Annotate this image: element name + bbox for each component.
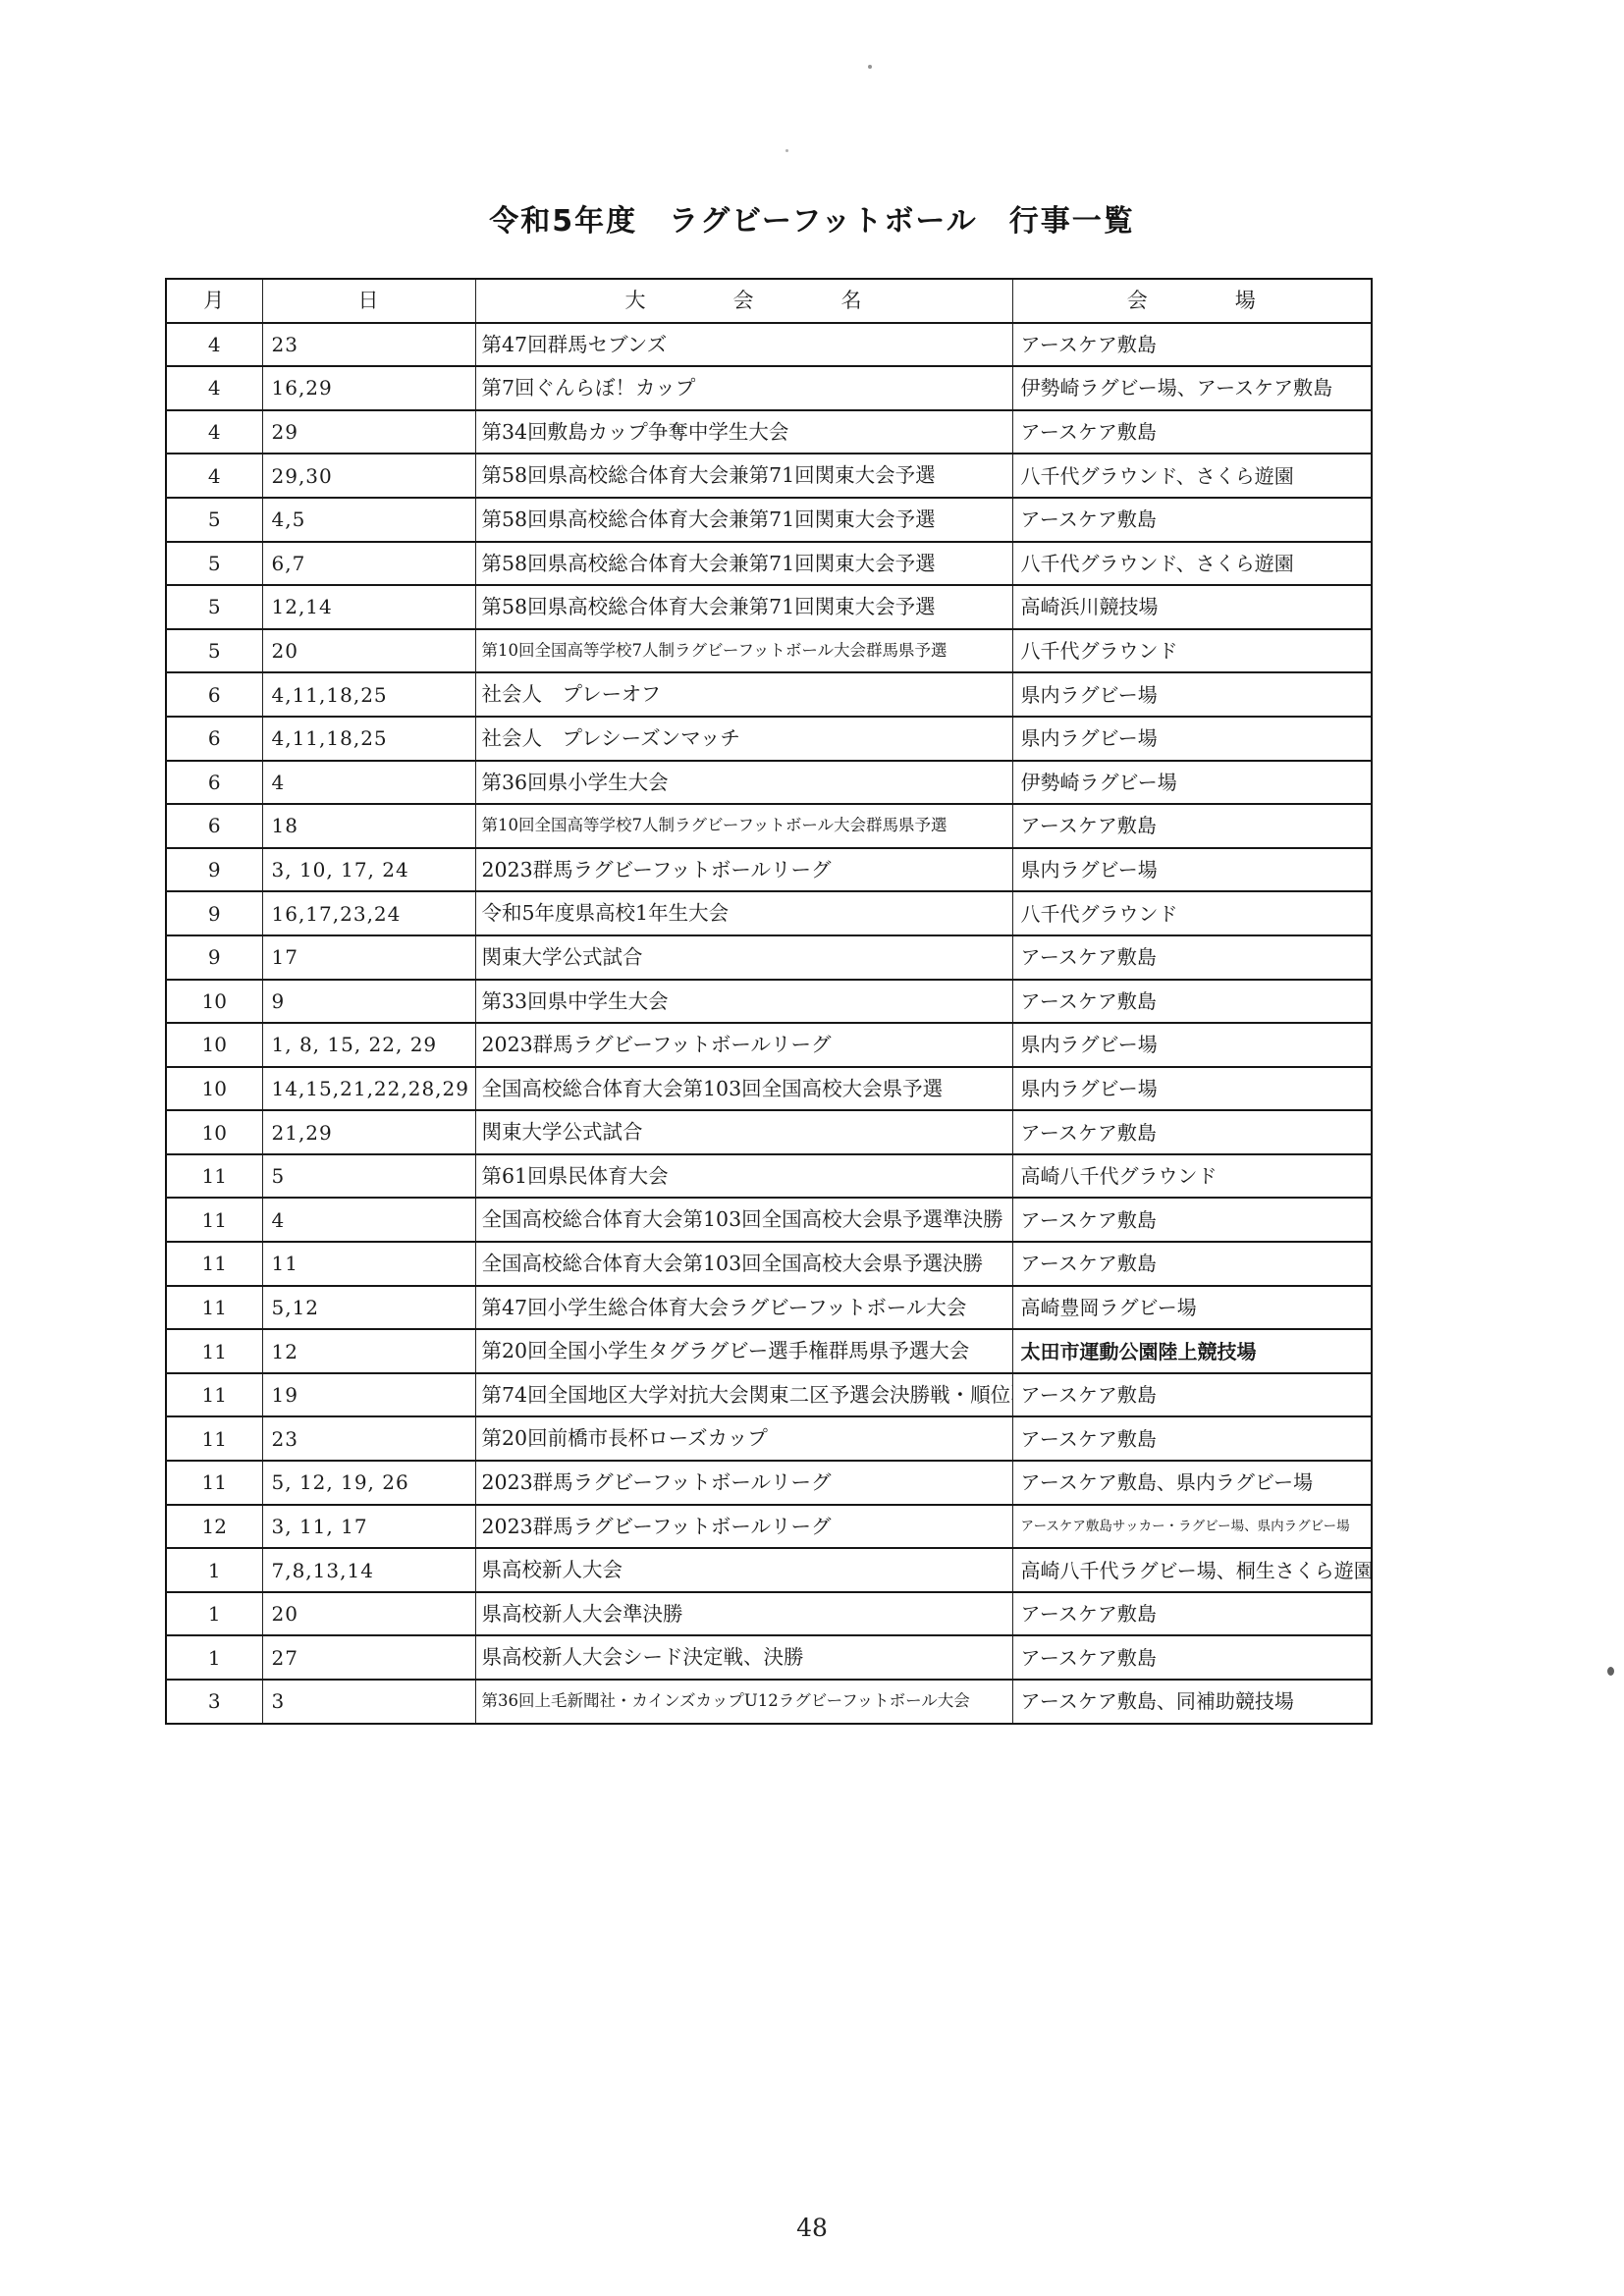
month-cell: 6 [166,761,262,805]
table-row: 10 14,15,21,22,28,29 全国高校総合体育大会第103回全国高校… [166,1067,1372,1111]
month-cell: 9 [166,935,262,980]
venue-cell: アースケア敷島サッカー・ラグビー場、県内ラグビー場 [1012,1505,1372,1549]
venue-cell: 八千代グラウンド [1012,891,1372,935]
table-row: 1 20 県高校新人大会準決勝 アースケア敷島 [166,1592,1372,1636]
tournament-cell: 第34回敷島カップ争奪中学生大会 [475,410,1012,454]
day-cell: 1, 8, 15, 22, 29 [262,1023,475,1067]
venue-cell: アースケア敷島、県内ラグビー場 [1012,1461,1372,1505]
tournament-cell: 社会人 プレーオフ [475,672,1012,717]
tournament-cell: 令和5年度県高校1年生大会 [475,891,1012,935]
venue-cell: 高崎豊岡ラグビー場 [1012,1286,1372,1330]
table-row: 5 4,5 第58回県高校総合体育大会兼第71回関東大会予選 アースケア敷島 [166,498,1372,542]
month-cell: 11 [166,1198,262,1242]
table-row: 10 21,29 関東大学公式試合 アースケア敷島 [166,1110,1372,1154]
day-cell: 4,11,18,25 [262,717,475,761]
tournament-cell: 社会人 プレシーズンマッチ [475,717,1012,761]
table-row: 6 4 第36回県小学生大会 伊勢崎ラグビー場 [166,761,1372,805]
day-cell: 5, 12, 19, 26 [262,1461,475,1505]
day-cell: 18 [262,804,475,848]
table-row: 1 27 県高校新人大会シード決定戦、決勝 アースケア敷島 [166,1635,1372,1680]
day-cell: 14,15,21,22,28,29 [262,1067,475,1111]
tournament-cell: 第58回県高校総合体育大会兼第71回関東大会予選 [475,542,1012,586]
month-cell: 10 [166,1110,262,1154]
venue-cell: 高崎八千代ラグビー場、桐生さくら遊園 [1012,1548,1372,1592]
venue-cell: 県内ラグビー場 [1012,1023,1372,1067]
month-cell: 6 [166,717,262,761]
page-title: 令和5年度 ラグビーフットボール 行事一覧 [0,196,1624,240]
month-cell: 10 [166,980,262,1024]
table-row: 11 12 第20回全国小学生タグラグビー選手権群馬県予選大会 太田市運動公園陸… [166,1329,1372,1373]
month-cell: 11 [166,1286,262,1330]
venue-cell: アースケア敷島 [1012,1198,1372,1242]
venue-cell: 県内ラグビー場 [1012,1067,1372,1111]
table-row: 1 7,8,13,14 県高校新人大会 高崎八千代ラグビー場、桐生さくら遊園 [166,1548,1372,1592]
table-row: 5 12,14 第58回県高校総合体育大会兼第71回関東大会予選 高崎浜川競技場 [166,585,1372,629]
month-cell: 4 [166,323,262,367]
tournament-cell: 第58回県高校総合体育大会兼第71回関東大会予選 [475,498,1012,542]
table-row: 4 16,29 第7回ぐんらぼ！カップ 伊勢崎ラグビー場、アースケア敷島 [166,366,1372,410]
table-row: 4 29,30 第58回県高校総合体育大会兼第71回関東大会予選 八千代グラウン… [166,454,1372,498]
tournament-cell: 関東大学公式試合 [475,935,1012,980]
month-cell: 12 [166,1505,262,1549]
day-cell: 7,8,13,14 [262,1548,475,1592]
day-cell: 20 [262,1592,475,1636]
month-cell: 11 [166,1154,262,1199]
venue-cell: 県内ラグビー場 [1012,717,1372,761]
scan-speck [868,65,872,69]
month-cell: 11 [166,1461,262,1505]
table-row: 6 18 第10回全国高等学校7人制ラグビーフットボール大会群馬県予選 アースケ… [166,804,1372,848]
month-cell: 1 [166,1548,262,1592]
day-cell: 23 [262,1416,475,1461]
month-cell: 1 [166,1592,262,1636]
tournament-cell: 第20回全国小学生タグラグビー選手権群馬県予選大会 [475,1329,1012,1373]
table-row: 11 19 第74回全国地区大学対抗大会関東二区予選会決勝戦・順位戦 アースケア… [166,1373,1372,1417]
scan-speck [1607,1667,1614,1676]
table-row: 10 1, 8, 15, 22, 29 2023群馬ラグビーフットボールリーグ … [166,1023,1372,1067]
venue-cell: アースケア敷島 [1012,980,1372,1024]
tournament-cell: 第58回県高校総合体育大会兼第71回関東大会予選 [475,454,1012,498]
day-cell: 16,17,23,24 [262,891,475,935]
day-cell: 29,30 [262,454,475,498]
venue-cell: 高崎八千代グラウンド [1012,1154,1372,1199]
header-month: 月 [166,279,262,323]
tournament-cell: 第58回県高校総合体育大会兼第71回関東大会予選 [475,585,1012,629]
venue-cell: アースケア敷島 [1012,1416,1372,1461]
table-row: 4 23 第47回群馬セブンズ アースケア敷島 [166,323,1372,367]
venue-cell: アースケア敷島 [1012,1110,1372,1154]
day-cell: 12,14 [262,585,475,629]
month-cell: 10 [166,1023,262,1067]
day-cell: 5 [262,1154,475,1199]
tournament-cell: 第10回全国高等学校7人制ラグビーフットボール大会群馬県予選 [475,629,1012,673]
venue-cell: 八千代グラウンド、さくら遊園 [1012,542,1372,586]
month-cell: 11 [166,1373,262,1417]
day-cell: 3, 11, 17 [262,1505,475,1549]
tournament-cell: 県高校新人大会 [475,1548,1012,1592]
day-cell: 23 [262,323,475,367]
month-cell: 5 [166,629,262,673]
day-cell: 11 [262,1242,475,1286]
table-row: 11 5 第61回県民体育大会 高崎八千代グラウンド [166,1154,1372,1199]
table-row: 3 3 第36回上毛新聞社・カインズカップU12ラグビーフットボール大会 アース… [166,1680,1372,1724]
tournament-cell: 第20回前橋市長杯ローズカップ [475,1416,1012,1461]
tournament-cell: 2023群馬ラグビーフットボールリーグ [475,848,1012,892]
day-cell: 4 [262,761,475,805]
venue-cell: アースケア敷島 [1012,935,1372,980]
day-cell: 20 [262,629,475,673]
month-cell: 9 [166,891,262,935]
venue-cell: アースケア敷島 [1012,323,1372,367]
scan-speck [785,149,788,152]
day-cell: 17 [262,935,475,980]
venue-cell: 県内ラグビー場 [1012,848,1372,892]
day-cell: 12 [262,1329,475,1373]
venue-cell: アースケア敷島 [1012,410,1372,454]
header-venue: 会 場 [1012,279,1372,323]
venue-cell: アースケア敷島 [1012,1242,1372,1286]
table-row: 6 4,11,18,25 社会人 プレシーズンマッチ 県内ラグビー場 [166,717,1372,761]
venue-cell: 太田市運動公園陸上競技場 [1012,1329,1372,1373]
tournament-cell: 全国高校総合体育大会第103回全国高校大会県予選決勝 [475,1242,1012,1286]
venue-cell: 県内ラグビー場 [1012,672,1372,717]
tournament-cell: 第10回全国高等学校7人制ラグビーフットボール大会群馬県予選 [475,804,1012,848]
month-cell: 1 [166,1635,262,1680]
header-day: 日 [262,279,475,323]
table-row: 5 6,7 第58回県高校総合体育大会兼第71回関東大会予選 八千代グラウンド、… [166,542,1372,586]
month-cell: 4 [166,366,262,410]
day-cell: 5,12 [262,1286,475,1330]
event-schedule-table: 月 日 大 会 名 会 場 4 23 第47回群馬セブンズ アースケア敷島 4 … [165,278,1373,1725]
venue-cell: 伊勢崎ラグビー場 [1012,761,1372,805]
day-cell: 6,7 [262,542,475,586]
table-row: 5 20 第10回全国高等学校7人制ラグビーフットボール大会群馬県予選 八千代グ… [166,629,1372,673]
table-row: 11 5,12 第47回小学生総合体育大会ラグビーフットボール大会 高崎豊岡ラグ… [166,1286,1372,1330]
venue-cell: 八千代グラウンド [1012,629,1372,673]
tournament-cell: 第36回県小学生大会 [475,761,1012,805]
month-cell: 10 [166,1067,262,1111]
day-cell: 21,29 [262,1110,475,1154]
table-row: 11 11 全国高校総合体育大会第103回全国高校大会県予選決勝 アースケア敷島 [166,1242,1372,1286]
day-cell: 4,5 [262,498,475,542]
tournament-cell: 2023群馬ラグビーフットボールリーグ [475,1505,1012,1549]
table-row: 9 17 関東大学公式試合 アースケア敷島 [166,935,1372,980]
day-cell: 4,11,18,25 [262,672,475,717]
tournament-cell: 関東大学公式試合 [475,1110,1012,1154]
month-cell: 5 [166,585,262,629]
venue-cell: アースケア敷島、同補助競技場 [1012,1680,1372,1724]
month-cell: 6 [166,672,262,717]
month-cell: 11 [166,1329,262,1373]
tournament-cell: 第74回全国地区大学対抗大会関東二区予選会決勝戦・順位戦 [475,1373,1012,1417]
tournament-cell: 2023群馬ラグビーフットボールリーグ [475,1023,1012,1067]
table-row: 10 9 第33回県中学生大会 アースケア敷島 [166,980,1372,1024]
month-cell: 5 [166,542,262,586]
table-row: 12 3, 11, 17 2023群馬ラグビーフットボールリーグ アースケア敷島… [166,1505,1372,1549]
table-row: 9 3, 10, 17, 24 2023群馬ラグビーフットボールリーグ 県内ラグ… [166,848,1372,892]
month-cell: 6 [166,804,262,848]
month-cell: 4 [166,454,262,498]
day-cell: 19 [262,1373,475,1417]
month-cell: 4 [166,410,262,454]
tournament-cell: 第47回群馬セブンズ [475,323,1012,367]
tournament-cell: 第33回県中学生大会 [475,980,1012,1024]
scanned-page: 令和5年度 ラグビーフットボール 行事一覧 月 日 大 会 名 会 場 4 23… [0,0,1624,2296]
table-row: 11 23 第20回前橋市長杯ローズカップ アースケア敷島 [166,1416,1372,1461]
tournament-cell: 県高校新人大会準決勝 [475,1592,1012,1636]
day-cell: 16,29 [262,366,475,410]
month-cell: 9 [166,848,262,892]
venue-cell: アースケア敷島 [1012,804,1372,848]
venue-cell: 伊勢崎ラグビー場、アースケア敷島 [1012,366,1372,410]
day-cell: 9 [262,980,475,1024]
day-cell: 4 [262,1198,475,1242]
venue-cell: 八千代グラウンド、さくら遊園 [1012,454,1372,498]
table-row: 11 5, 12, 19, 26 2023群馬ラグビーフットボールリーグ アース… [166,1461,1372,1505]
table-row: 11 4 全国高校総合体育大会第103回全国高校大会県予選準決勝 アースケア敷島 [166,1198,1372,1242]
page-number: 48 [0,2214,1624,2242]
venue-cell: アースケア敷島 [1012,1592,1372,1636]
month-cell: 11 [166,1416,262,1461]
tournament-cell: 第61回県民体育大会 [475,1154,1012,1199]
day-cell: 27 [262,1635,475,1680]
day-cell: 3 [262,1680,475,1724]
day-cell: 29 [262,410,475,454]
tournament-cell: 第36回上毛新聞社・カインズカップU12ラグビーフットボール大会 [475,1680,1012,1724]
venue-cell: アースケア敷島 [1012,1635,1372,1680]
venue-cell: 高崎浜川競技場 [1012,585,1372,629]
tournament-cell: 第7回ぐんらぼ！カップ [475,366,1012,410]
header-tournament: 大 会 名 [475,279,1012,323]
table-body: 4 23 第47回群馬セブンズ アースケア敷島 4 16,29 第7回ぐんらぼ！… [166,323,1372,1724]
tournament-cell: 全国高校総合体育大会第103回全国高校大会県予選 [475,1067,1012,1111]
tournament-cell: 2023群馬ラグビーフットボールリーグ [475,1461,1012,1505]
table-row: 9 16,17,23,24 令和5年度県高校1年生大会 八千代グラウンド [166,891,1372,935]
tournament-cell: 第47回小学生総合体育大会ラグビーフットボール大会 [475,1286,1012,1330]
venue-cell: アースケア敷島 [1012,1373,1372,1417]
month-cell: 3 [166,1680,262,1724]
table-row: 4 29 第34回敷島カップ争奪中学生大会 アースケア敷島 [166,410,1372,454]
table-row: 6 4,11,18,25 社会人 プレーオフ 県内ラグビー場 [166,672,1372,717]
month-cell: 5 [166,498,262,542]
venue-cell: アースケア敷島 [1012,498,1372,542]
table-header-row: 月 日 大 会 名 会 場 [166,279,1372,323]
day-cell: 3, 10, 17, 24 [262,848,475,892]
tournament-cell: 全国高校総合体育大会第103回全国高校大会県予選準決勝 [475,1198,1012,1242]
month-cell: 11 [166,1242,262,1286]
tournament-cell: 県高校新人大会シード決定戦、決勝 [475,1635,1012,1680]
